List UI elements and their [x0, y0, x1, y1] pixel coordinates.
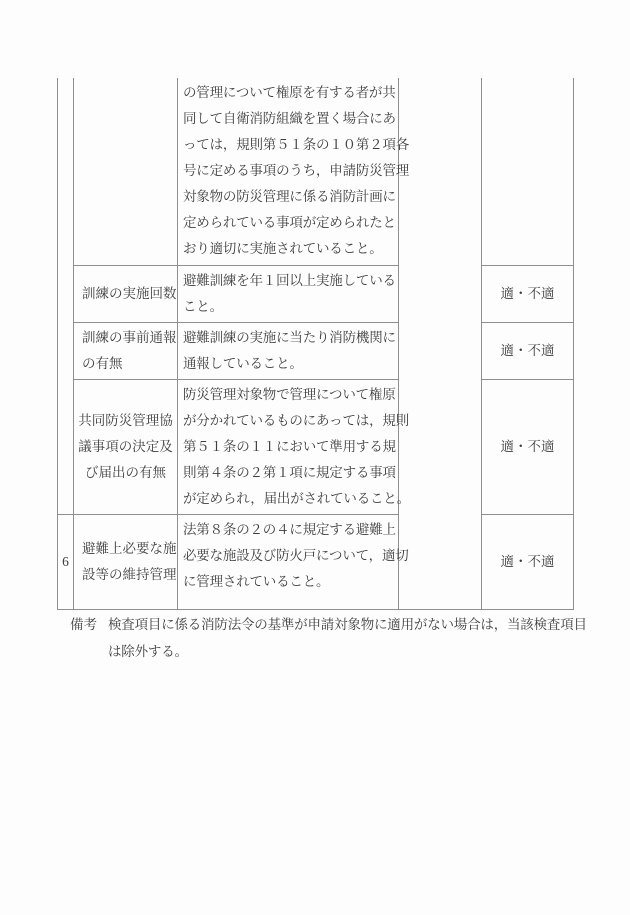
- item-label-cell: 訓練の事前通報 の有無: [74, 322, 178, 379]
- item-label-cell: 共同防災管理協 議事項の決定及 び届出の有無: [74, 379, 178, 514]
- result-cell: 適・不適: [482, 379, 574, 514]
- result-cell: 適・不適: [482, 265, 574, 322]
- document-page: の管理について権原を有する者が共 同して自衛消防組織を置く場合にあ っては，規則…: [0, 0, 630, 915]
- inspection-criteria-cell: の管理について権原を有する者が共 同して自衛消防組織を置く場合にあ っては，規則…: [178, 78, 399, 265]
- inspection-criteria-cell: 法第８条の２の４に規定する避難上 必要な施設及び防火戸について，適切 に管理され…: [178, 514, 399, 609]
- item-label-cell: [74, 78, 178, 265]
- section-number-cell: [58, 78, 74, 514]
- remarks-text: 検査項目に係る消防法令の基準が申請対象物に適用がない場合は，当該検査項目 は除外…: [108, 611, 587, 665]
- remarks-note: 備考 検査項目に係る消防法令の基準が申請対象物に適用がない場合は，当該検査項目 …: [70, 611, 587, 665]
- item-label-cell: 避難上必要な施 設等の維持管理: [74, 514, 178, 609]
- inspection-criteria-cell: 避難訓練の実施に当たり消防機関に 通報していること。: [178, 322, 399, 379]
- item-label-cell: 訓練の実施回数: [74, 265, 178, 322]
- inspection-table: の管理について権原を有する者が共 同して自衛消防組織を置く場合にあ っては，規則…: [57, 78, 574, 610]
- inspection-criteria-cell: 避難訓練を年１回以上実施している こと。: [178, 265, 399, 322]
- spacer-cell: [399, 78, 482, 609]
- inspection-criteria-cell: 防災管理対象物で管理について権原 が分かれているものにあっては，規則 第５１条の…: [178, 379, 399, 514]
- table-row: 訓練の事前通報 の有無 避難訓練の実施に当たり消防機関に 通報していること。 適…: [58, 322, 574, 379]
- table-row: 6 避難上必要な施 設等の維持管理 法第８条の２の４に規定する避難上 必要な施設…: [58, 514, 574, 609]
- table-row: 訓練の実施回数 避難訓練を年１回以上実施している こと。 適・不適: [58, 265, 574, 322]
- result-cell: 適・不適: [482, 514, 574, 609]
- remarks-label: 備考: [70, 611, 97, 638]
- table-row: 共同防災管理協 議事項の決定及 び届出の有無 防災管理対象物で管理について権原 …: [58, 379, 574, 514]
- result-cell: [482, 78, 574, 265]
- inspection-table-container: の管理について権原を有する者が共 同して自衛消防組織を置く場合にあ っては，規則…: [57, 78, 574, 610]
- table-row: の管理について権原を有する者が共 同して自衛消防組織を置く場合にあ っては，規則…: [58, 78, 574, 265]
- section-number-cell: 6: [58, 514, 74, 609]
- result-cell: 適・不適: [482, 322, 574, 379]
